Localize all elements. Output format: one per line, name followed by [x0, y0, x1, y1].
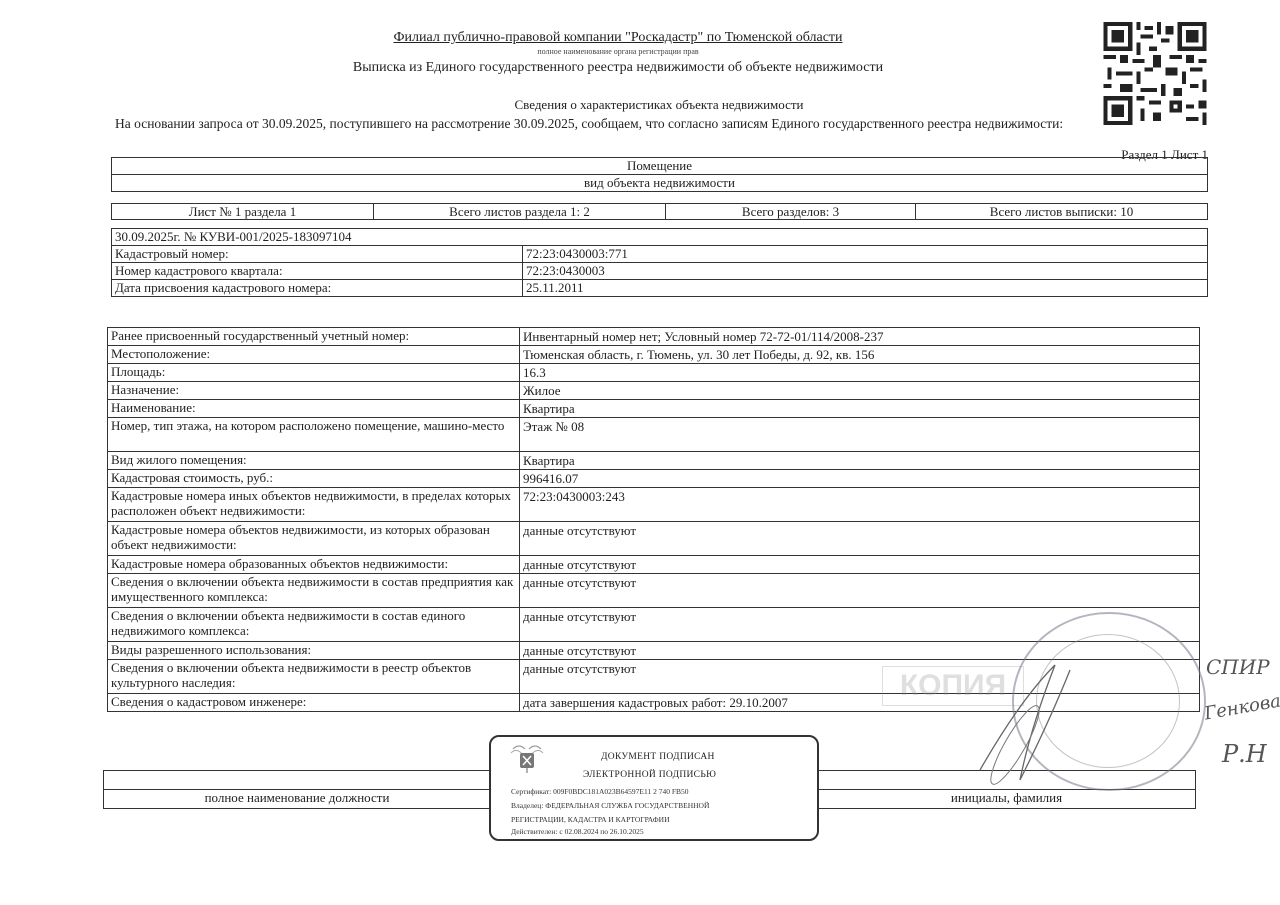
object-type: Помещение: [112, 158, 1208, 175]
row-value: 16.3: [520, 364, 1200, 382]
row-label: Площадь:: [108, 364, 520, 382]
row-label: Вид жилого помещения:: [108, 452, 520, 470]
position-caption: полное наименование должности: [104, 790, 491, 809]
table-row: Вид жилого помещения:Квартира: [108, 452, 1200, 470]
row-label: Кадастровая стоимость, руб.:: [108, 470, 520, 488]
row-label: Кадастровые номера образованных объектов…: [108, 556, 520, 574]
row-label: Кадастровые номера объектов недвижимости…: [108, 522, 520, 556]
organization-caption: полное наименование органа регистрации п…: [0, 47, 1236, 56]
row-label: Сведения о включении объекта недвижимост…: [108, 574, 520, 608]
qr-code-icon: [1100, 22, 1210, 125]
table-row: Местоположение:Тюменская область, г. Тюм…: [108, 346, 1200, 364]
request-number: 30.09.2025г. № КУВИ-001/2025-183097104: [112, 229, 1208, 246]
row-label: Назначение:: [108, 382, 520, 400]
basis-text: На основании запроса от 30.09.2025, пост…: [115, 116, 1063, 132]
table-row: Кадастровый номер: 72:23:0430003:771: [112, 246, 1208, 263]
total-sheets-section: Всего листов раздела 1: 2: [374, 204, 666, 220]
row-label: Сведения о включении объекта недвижимост…: [108, 660, 520, 694]
row-value: Инвентарный номер нет; Условный номер 72…: [520, 328, 1200, 346]
total-sheets-extract: Всего листов выписки: 10: [916, 204, 1208, 220]
row-label: Местоположение:: [108, 346, 520, 364]
row-value: данные отсутствуют: [520, 574, 1200, 608]
signed-label: ДОКУМЕНТ ПОДПИСАН: [601, 752, 715, 762]
signature-scribble-icon: [960, 640, 1100, 790]
cadastral-number: 72:23:0430003:771: [523, 246, 1208, 263]
electronic-signature-label: ЭЛЕКТРОННОЙ ПОДПИСЬЮ: [583, 770, 716, 780]
table-row: Назначение:Жилое: [108, 382, 1200, 400]
row-value: данные отсутствуют: [520, 522, 1200, 556]
row-value: Тюменская область, г. Тюмень, ул. 30 лет…: [520, 346, 1200, 364]
row-value: Этаж № 08: [520, 418, 1200, 452]
certificate-owner: Владелец: ФЕДЕРАЛЬНАЯ СЛУЖБА ГОСУДАРСТВЕ…: [511, 801, 709, 810]
assignment-date: 25.11.2011: [523, 280, 1208, 297]
name-caption: инициалы, фамилия: [818, 790, 1196, 809]
row-value: 72:23:0430003:243: [520, 488, 1200, 522]
organization-name: Филиал публично-правовой компании "Роска…: [393, 30, 842, 45]
row-value: Жилое: [520, 382, 1200, 400]
table-row: Кадастровые номера объектов недвижимости…: [108, 522, 1200, 556]
handwritten-note: Р.Н: [1222, 740, 1267, 768]
sheet-number: Лист № 1 раздела 1: [112, 204, 374, 220]
row-value: Квартира: [520, 400, 1200, 418]
row-label: Номер кадастрового квартала:: [112, 263, 523, 280]
electronic-signature-box: ДОКУМЕНТ ПОДПИСАН ЭЛЕКТРОННОЙ ПОДПИСЬЮ С…: [489, 735, 819, 841]
row-label: Дата присвоения кадастрового номера:: [112, 280, 523, 297]
table-row: Площадь:16.3: [108, 364, 1200, 382]
table-row: Наименование:Квартира: [108, 400, 1200, 418]
identification-table: 30.09.2025г. № КУВИ-001/2025-183097104 К…: [111, 228, 1208, 297]
sheets-table: Лист № 1 раздела 1 Всего листов раздела …: [111, 203, 1208, 220]
document-title: Выписка из Единого государственного реес…: [0, 60, 1236, 76]
row-label: Кадастровые номера иных объектов недвижи…: [108, 488, 520, 522]
row-label: Ранее присвоенный государственный учетны…: [108, 328, 520, 346]
row-label: Виды разрешенного использования:: [108, 642, 520, 660]
table-row: Кадастровая стоимость, руб.:996416.07: [108, 470, 1200, 488]
row-label: Наименование:: [108, 400, 520, 418]
table-row: Дата присвоения кадастрового номера: 25.…: [112, 280, 1208, 297]
certificate-owner-cont: РЕГИСТРАЦИИ, КАДАСТРА И КАРТОГРАФИИ: [511, 815, 670, 824]
coat-of-arms-icon: [509, 741, 545, 773]
table-row: Сведения о включении объекта недвижимост…: [108, 574, 1200, 608]
section-title: Сведения о характеристиках объекта недви…: [0, 97, 1280, 113]
certificate-number: Сертификат: 009F0BDC181A023B64597E11 2 7…: [511, 787, 689, 796]
object-type-caption: вид объекта недвижимости: [112, 175, 1208, 192]
table-row: Кадастровые номера иных объектов недвижи…: [108, 488, 1200, 522]
table-row: Ранее присвоенный государственный учетны…: [108, 328, 1200, 346]
total-sections: Всего разделов: 3: [666, 204, 916, 220]
cadastral-quarter: 72:23:0430003: [523, 263, 1208, 280]
row-value: Квартира: [520, 452, 1200, 470]
table-row: Сведения о включении объекта недвижимост…: [108, 608, 1200, 642]
handwritten-note: СПИР: [1206, 655, 1270, 679]
row-label: Сведения о кадастровом инженере:: [108, 694, 520, 712]
handwritten-note: Генкова: [1203, 690, 1280, 724]
certificate-validity: Действителен: с 02.08.2024 по 26.10.2025: [511, 827, 644, 836]
table-row: Номер кадастрового квартала: 72:23:04300…: [112, 263, 1208, 280]
table-row: Номер, тип этажа, на котором расположено…: [108, 418, 1200, 452]
row-value: данные отсутствуют: [520, 556, 1200, 574]
object-type-table: Помещение вид объекта недвижимости: [111, 157, 1208, 192]
row-label: Сведения о включении объекта недвижимост…: [108, 608, 520, 642]
row-label: Номер, тип этажа, на котором расположено…: [108, 418, 520, 452]
row-label: Кадастровый номер:: [112, 246, 523, 263]
row-value: 996416.07: [520, 470, 1200, 488]
organization-title: Филиал публично-правовой компании "Роска…: [0, 30, 1236, 46]
table-row: Кадастровые номера образованных объектов…: [108, 556, 1200, 574]
